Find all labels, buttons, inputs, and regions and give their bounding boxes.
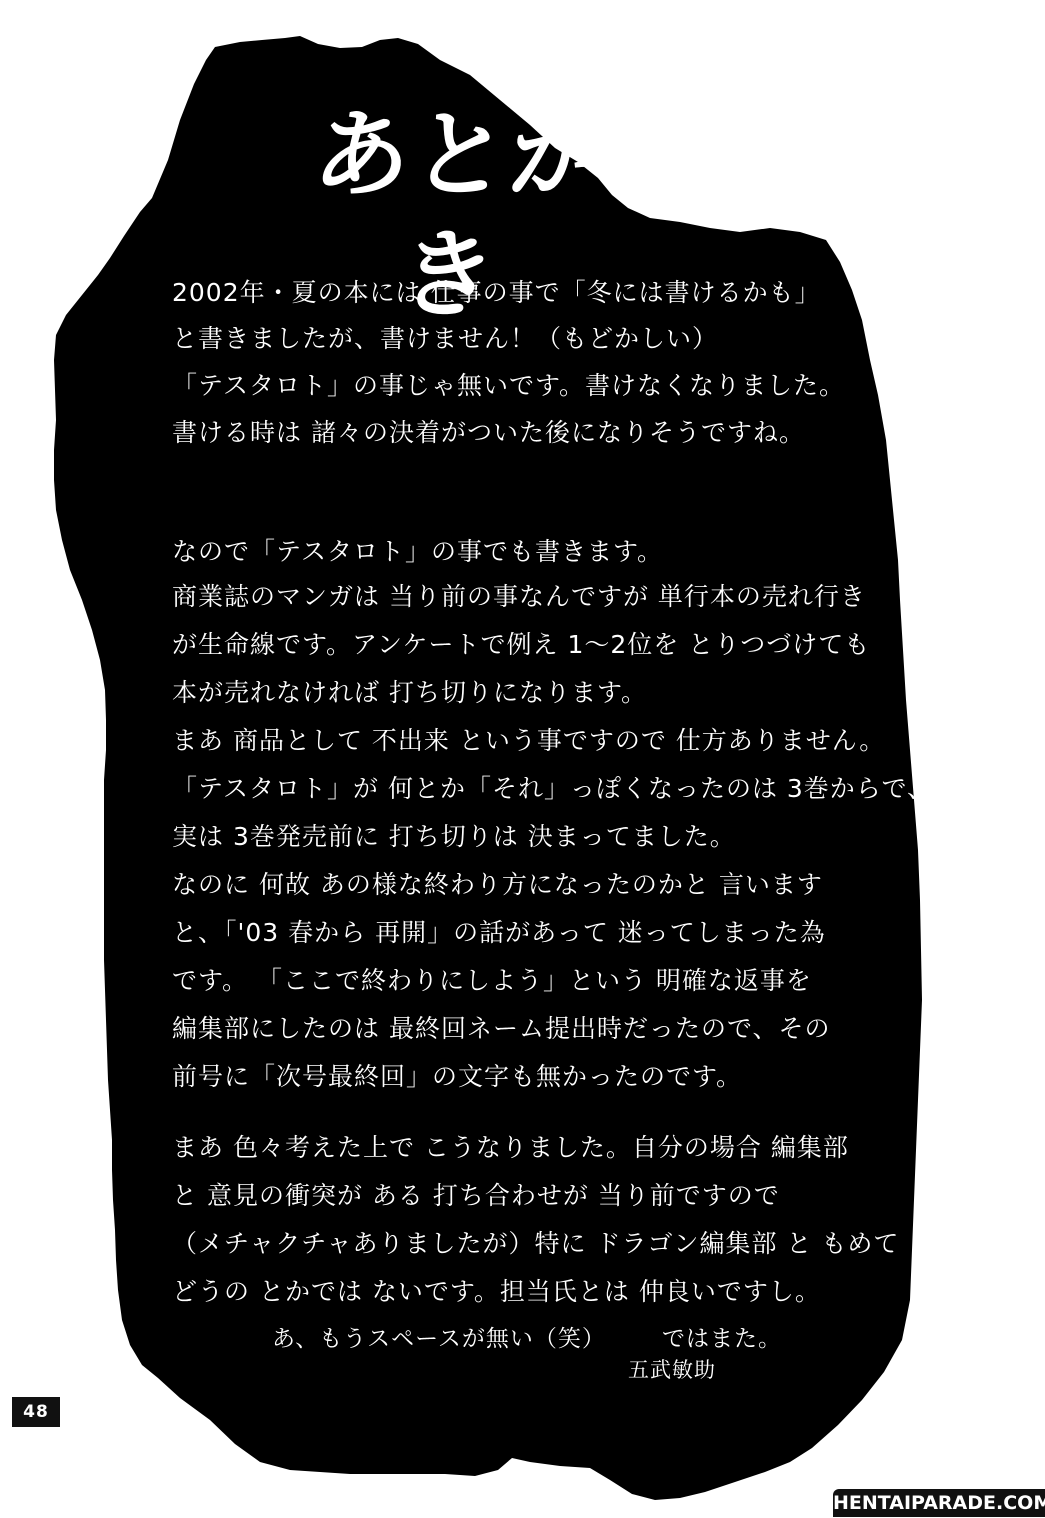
- paragraph-2-line-7: 実は 3巻発売前に 打ち切りは 決まってました。: [172, 822, 736, 852]
- paragraph-2-line-4: 本が売れなければ 打ち切りになります。: [172, 678, 647, 708]
- paragraph-1-line-2: と書きましたが、書けません！（もどかしい）: [172, 324, 718, 354]
- watermark: HENTAIPARADE.COM: [833, 1489, 1045, 1517]
- paragraph-3-line-4: どうの とかでは ないです。担当氏とは 仲良いですし。: [172, 1277, 821, 1307]
- signoff-farewell: ではまた。: [662, 1320, 782, 1353]
- paragraph-2-line-5: まあ 商品として 不出来 という事ですので 仕方ありません。: [172, 726, 885, 756]
- paragraph-2-line-12: 前号に「次号最終回」の文字も無かったのです。: [172, 1062, 742, 1092]
- paragraph-2-line-2: 商業誌のマンガは 当り前の事なんですが 単行本の売れ行き: [172, 582, 866, 612]
- paragraph-3-line-2: と 意見の衝突が ある 打ち合わせが 当り前ですので: [172, 1181, 780, 1211]
- author-signature: 五武敏助: [628, 1354, 716, 1384]
- page-number: 48: [12, 1397, 60, 1427]
- paragraph-2-line-11: 編集部にしたのは 最終回ネーム提出時だったので、その: [172, 1014, 830, 1044]
- paragraph-2-line-6: 「テスタロト」が 何とか「それ」っぽくなったのは 3巻からで、: [172, 774, 933, 804]
- paragraph-1-line-3: 「テスタロト」の事じゃ無いです。書けなくなりました。: [172, 371, 845, 401]
- paragraph-3-line-1: まあ 色々考えた上で こうなりました。自分の場合 編集部: [172, 1133, 849, 1163]
- paragraph-1-line-1: 2002年・夏の本には 仕事の事で「冬には書けるかも」: [172, 278, 821, 308]
- paragraph-2-line-1: なので「テスタロト」の事でも書きます。: [172, 537, 663, 567]
- paragraph-2-line-3: が生命線です。アンケートで例え 1〜2位を とりつづけても: [172, 630, 870, 660]
- paragraph-2-line-8: なのに 何故 あの様な終わり方になったのかと 言います: [172, 870, 823, 900]
- paragraph-2-line-9: と、「'03 春から 再開」の話があって 迷ってしまった為: [172, 918, 826, 948]
- signoff-aside: あ、もうスペースが無い（笑）: [272, 1320, 606, 1353]
- paragraph-1-line-4: 書ける時は 諸々の決着がついた後になりそうですね。: [172, 418, 805, 448]
- paragraph-2-line-10: です。 「ここで終わりにしよう」という 明確な返事を: [172, 966, 812, 996]
- paragraph-3-line-3: （メチャクチャありましたが）特に ドラゴン編集部 と もめて: [172, 1229, 899, 1259]
